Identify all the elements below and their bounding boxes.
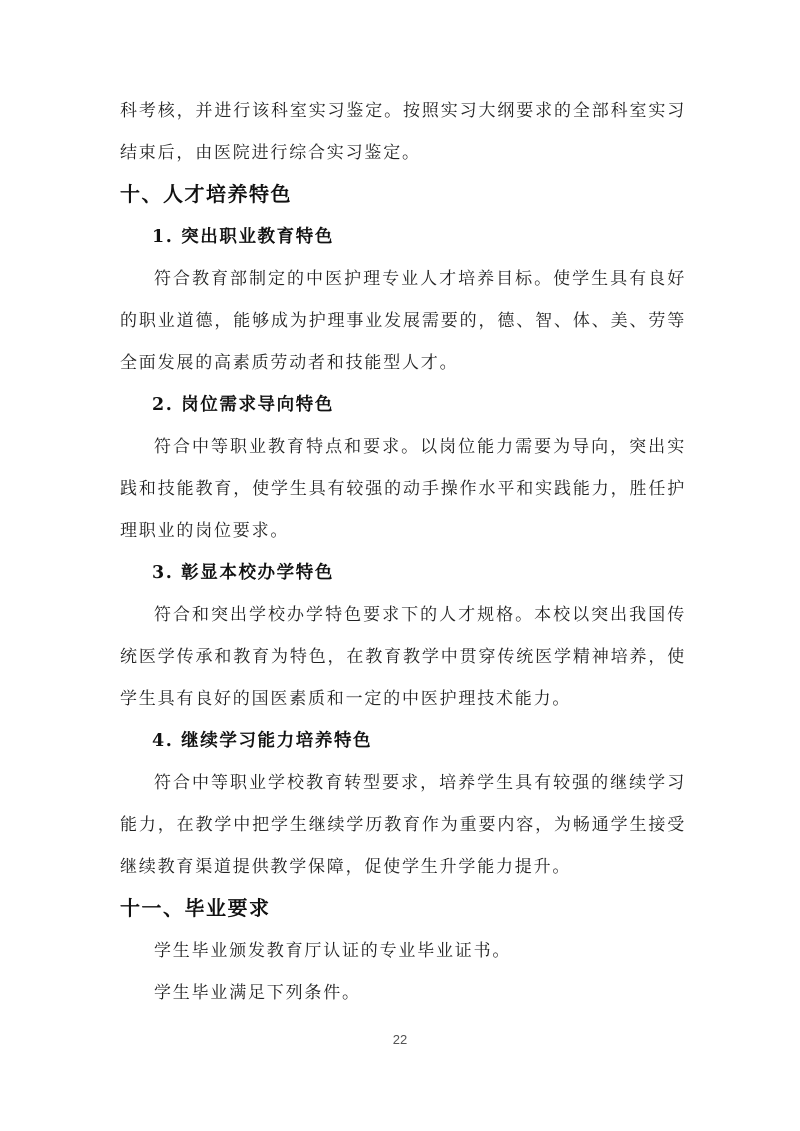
document-page: 科考核，并进行该科室实习鉴定。按照实习大纲要求的全部科室实习结束后，由医院进行综… [0, 0, 800, 1131]
section-heading-graduation-requirements: 十一、毕业要求 [120, 888, 686, 930]
subsection-heading-1: 1. 突出职业教育特色 [152, 216, 686, 258]
paragraph-subsection-3: 符合和突出学校办学特色要求下的人才规格。本校以突出我国传统医学传承和教育为特色，… [120, 594, 686, 720]
subsection-heading-4: 4. 继续学习能力培养特色 [152, 720, 686, 762]
subsection-heading-2: 2. 岗位需求导向特色 [152, 384, 686, 426]
paragraph-graduation-certificate: 学生毕业颁发教育厅认证的专业毕业证书。 [120, 930, 686, 972]
section-heading-talent-cultivation: 十、人才培养特色 [120, 174, 686, 216]
paragraph-subsection-2: 符合中等职业教育特点和要求。以岗位能力需要为导向，突出实践和技能教育，使学生具有… [120, 426, 686, 552]
paragraph-subsection-4: 符合中等职业学校教育转型要求，培养学生具有较强的继续学习能力，在教学中把学生继续… [120, 762, 686, 888]
page-number: 22 [0, 1030, 800, 1050]
paragraph-graduation-conditions: 学生毕业满足下列条件。 [120, 972, 686, 1014]
paragraph-internship-continuation: 科考核，并进行该科室实习鉴定。按照实习大纲要求的全部科室实习结束后，由医院进行综… [120, 90, 686, 174]
subsection-heading-3: 3. 彰显本校办学特色 [152, 552, 686, 594]
document-content: 科考核，并进行该科室实习鉴定。按照实习大纲要求的全部科室实习结束后，由医院进行综… [120, 90, 686, 1014]
paragraph-subsection-1: 符合教育部制定的中医护理专业人才培养目标。使学生具有良好的职业道德，能够成为护理… [120, 258, 686, 384]
